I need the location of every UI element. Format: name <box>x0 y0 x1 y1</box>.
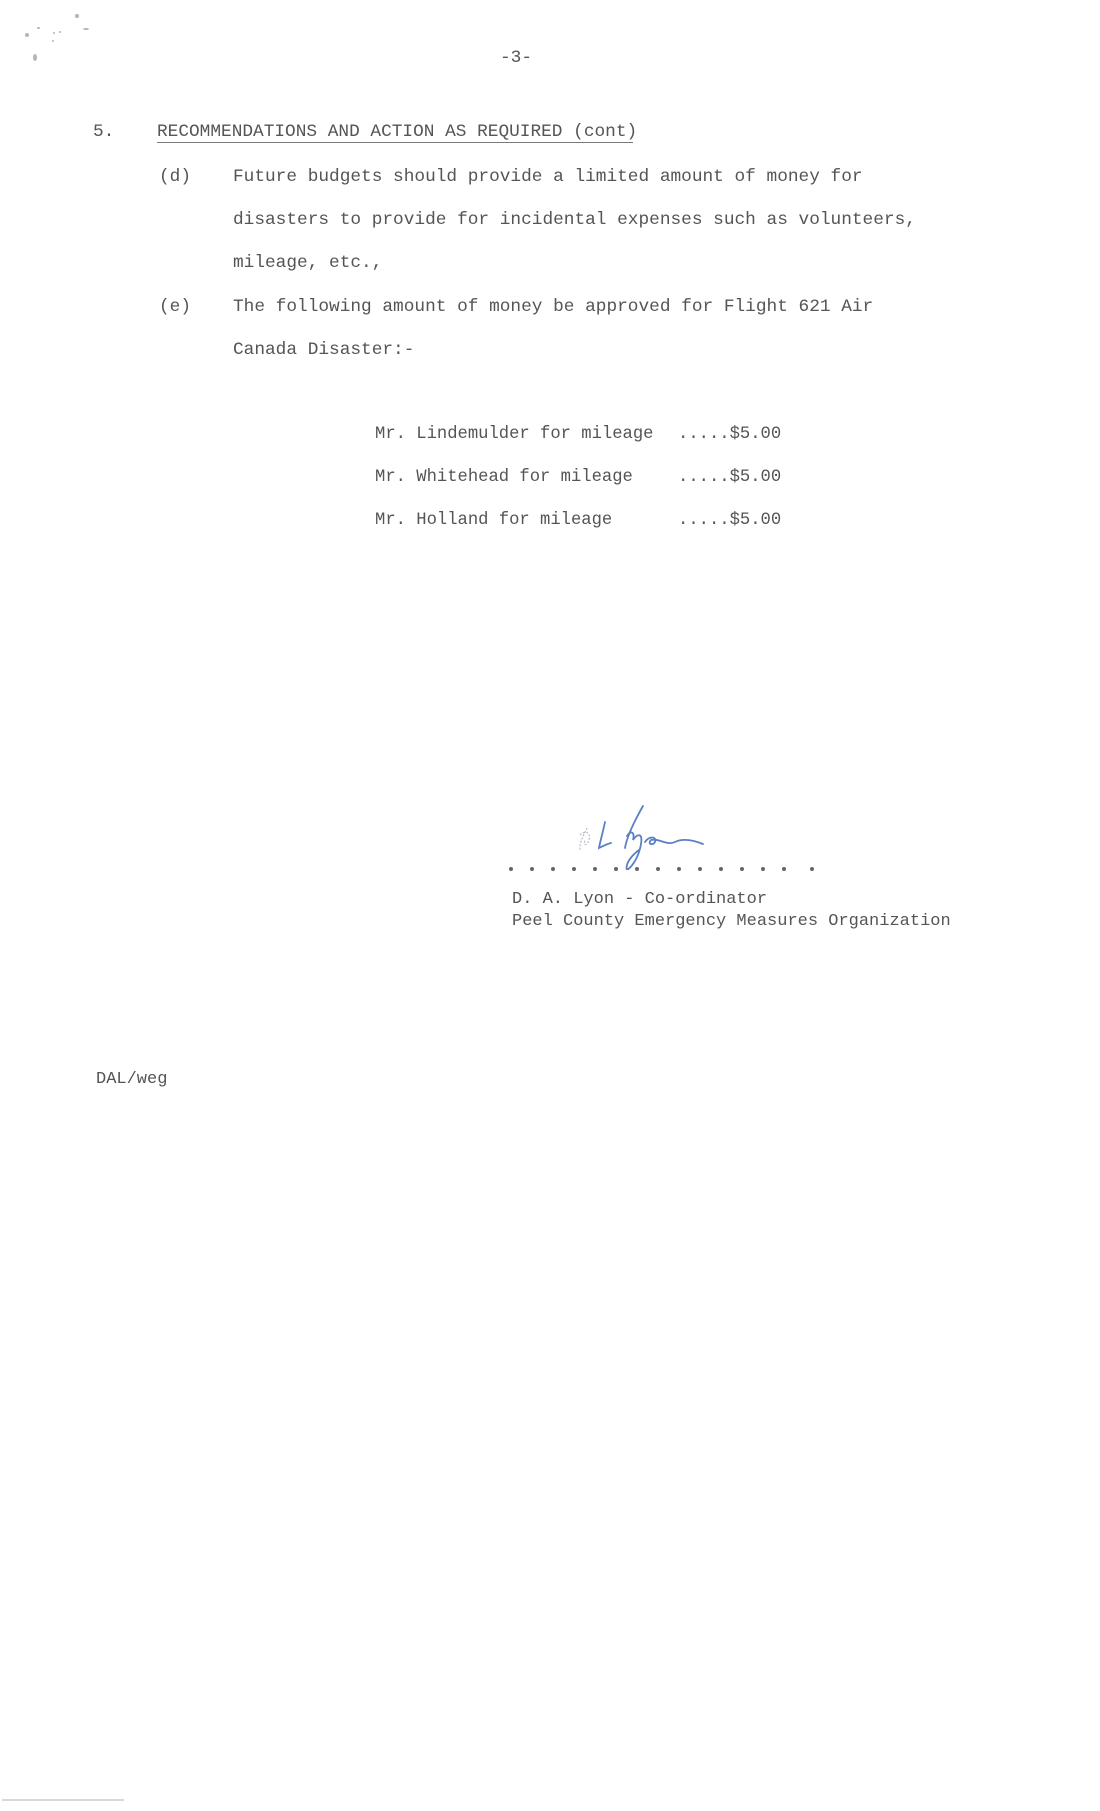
reference-initials: DAL/weg <box>96 1070 167 1090</box>
section-number: 5. <box>93 122 114 142</box>
section-heading: RECOMMENDATIONS AND ACTION AS REQUIRED (… <box>157 122 637 142</box>
expense-row: Mr. Lindemulder for mileage .....$5.00 <box>375 425 785 445</box>
item-d-line-3: mileage, etc., <box>233 253 382 273</box>
item-d-line-2: disasters to provide for incidental expe… <box>233 210 916 230</box>
expense-description: Mr. Whitehead for mileage <box>375 468 633 488</box>
item-d-line-1: Future budgets should provide a limited … <box>233 167 863 187</box>
expense-row: Mr. Whitehead for mileage .....$5.00 <box>375 468 785 488</box>
scan-specks <box>15 10 105 70</box>
expense-amount: .....$5.00 <box>678 511 781 531</box>
heading-underline <box>157 142 633 143</box>
item-label-d: (d) <box>159 167 191 187</box>
expense-amount: .....$5.00 <box>678 468 781 488</box>
scan-edge-line <box>2 1799 124 1801</box>
expense-description: Mr. Lindemulder for mileage <box>375 425 653 445</box>
expense-row: Mr. Holland for mileage .....$5.00 <box>375 511 785 531</box>
signatory-organization: Peel County Emergency Measures Organizat… <box>512 912 951 932</box>
expense-description: Mr. Holland for mileage <box>375 511 612 531</box>
signatory-name-title: D. A. Lyon - Co-ordinator <box>512 890 767 910</box>
handwritten-signature-icon <box>565 800 735 870</box>
item-e-line-1: The following amount of money be approve… <box>233 297 873 317</box>
item-e-line-2: Canada Disaster:- <box>233 340 414 360</box>
page-number: -3- <box>500 48 532 68</box>
item-label-e: (e) <box>159 297 191 317</box>
signature-dotted-line <box>507 862 827 876</box>
expense-amount: .....$5.00 <box>678 425 781 445</box>
